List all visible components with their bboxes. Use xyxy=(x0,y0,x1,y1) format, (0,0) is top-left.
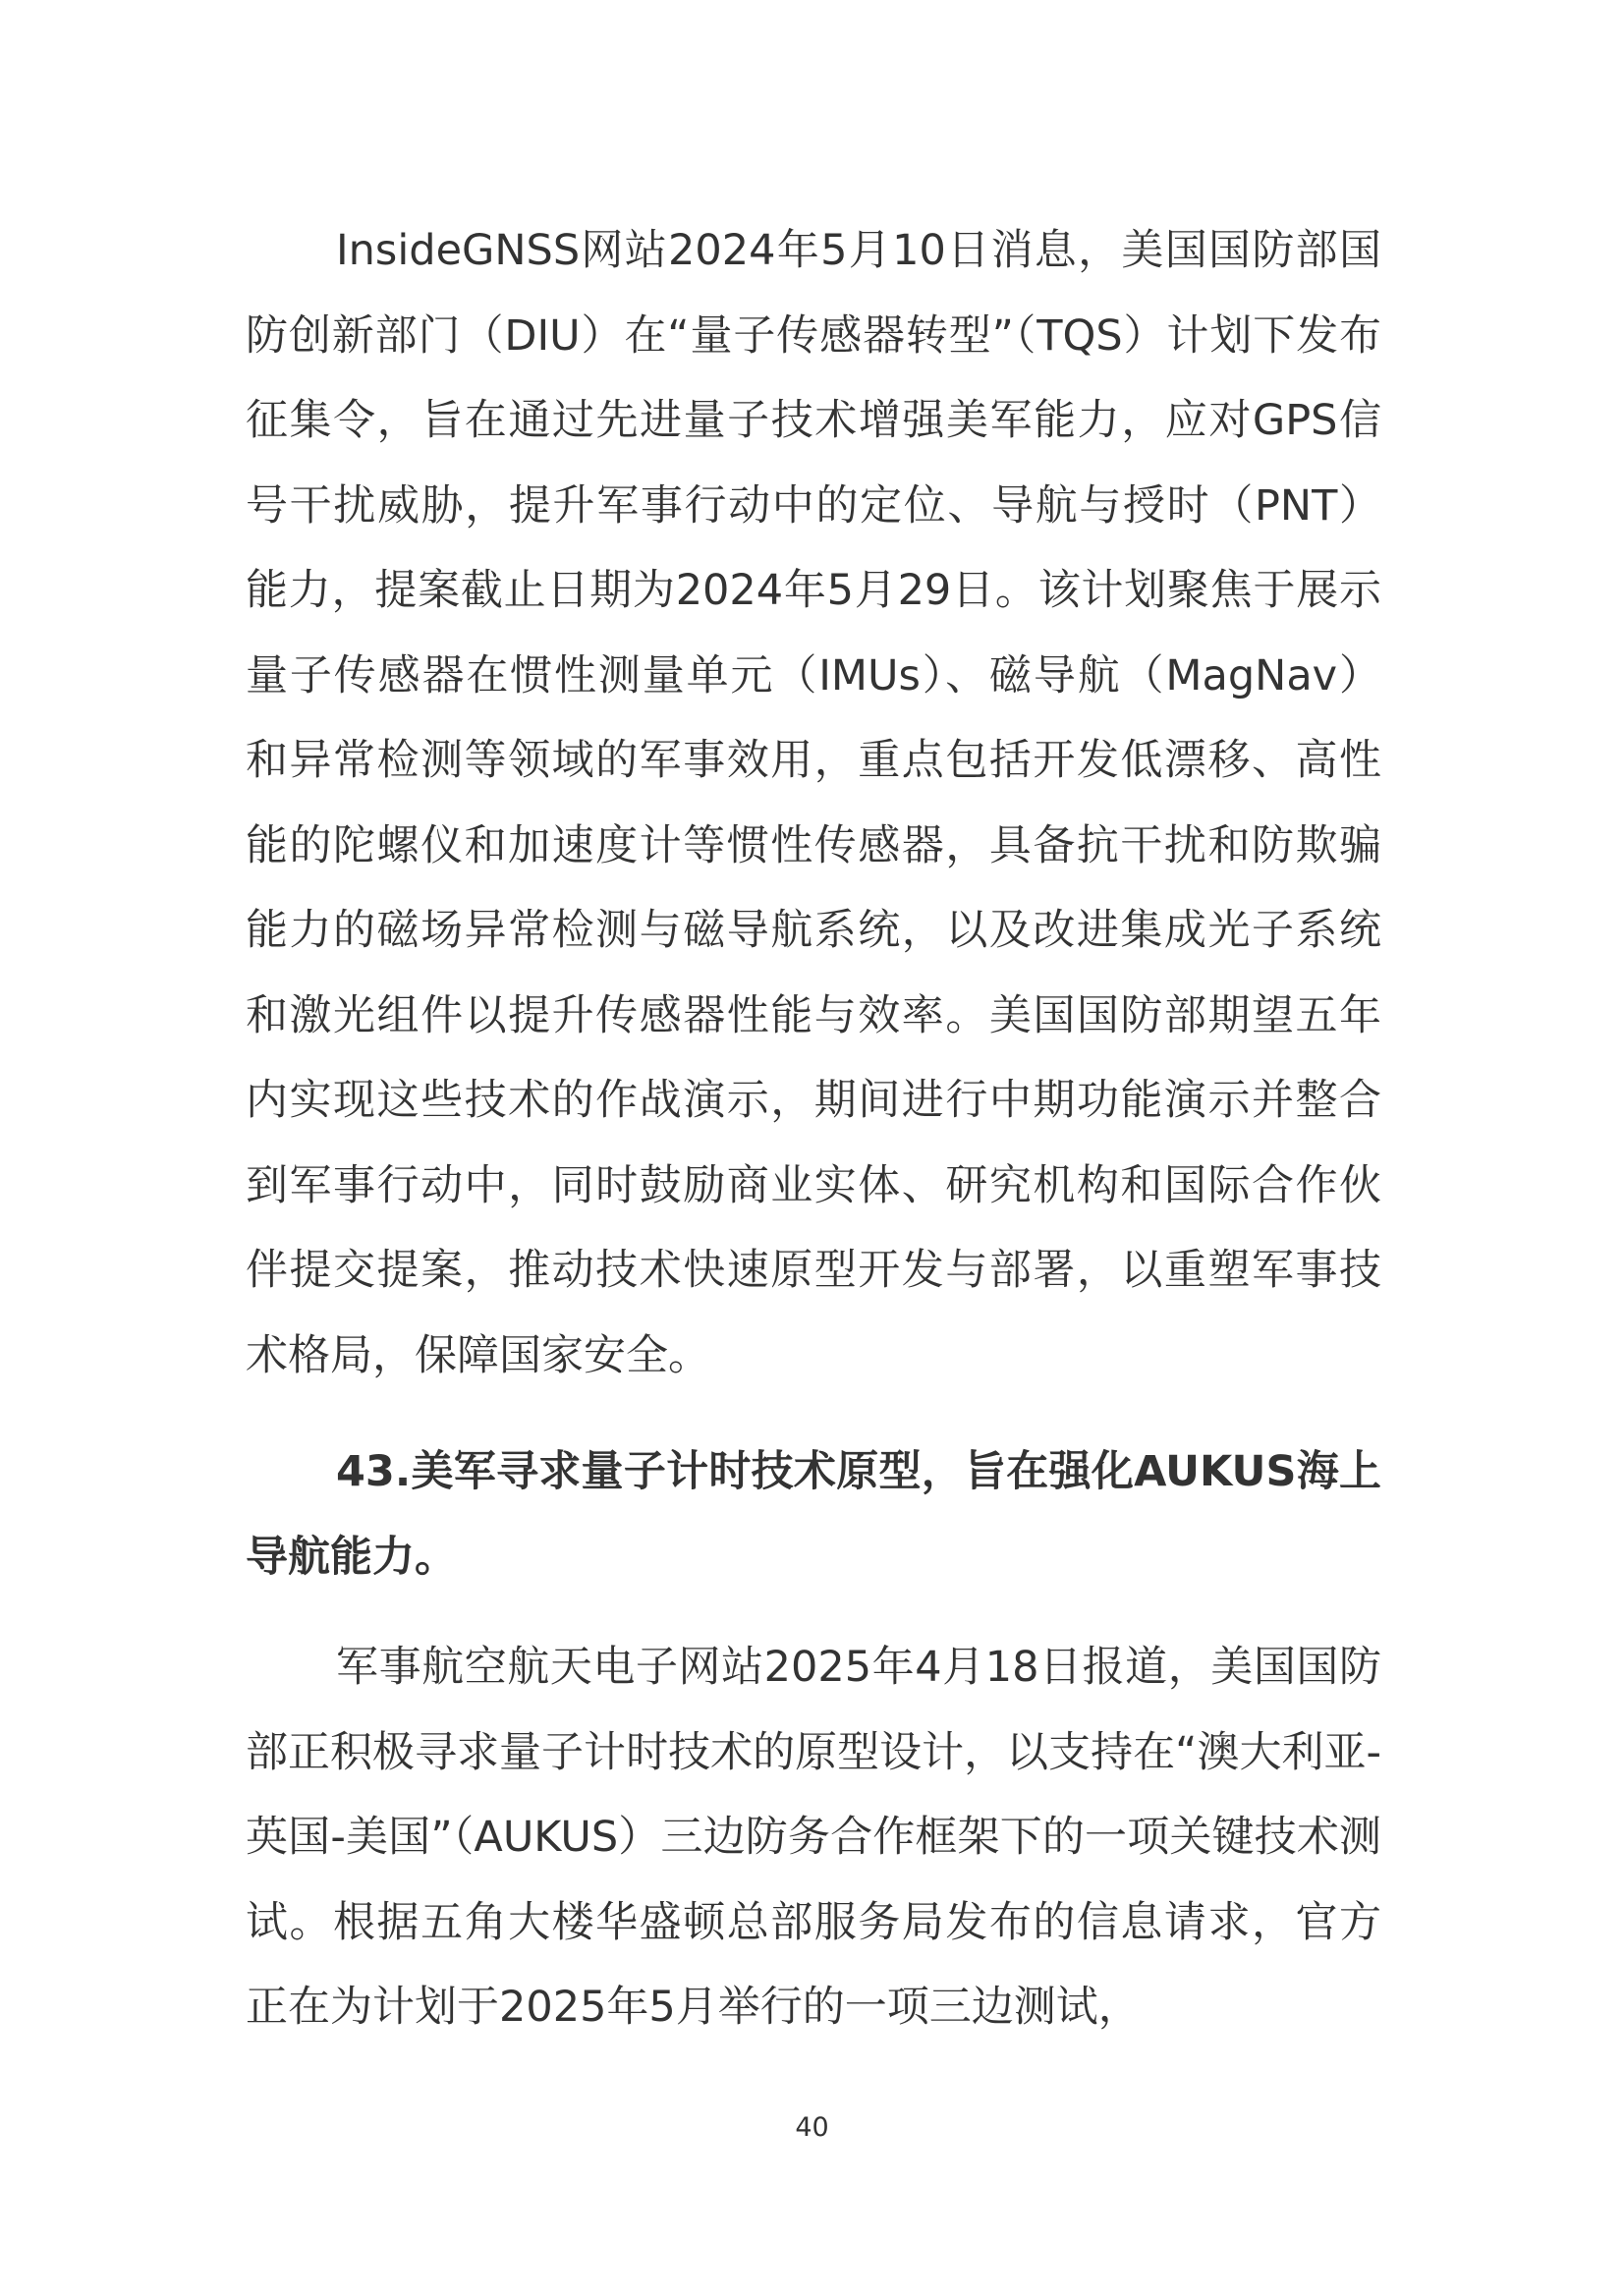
section-heading: 43.美军寻求量子计时技术原型，旨在强化AUKUS海上导航能力。 xyxy=(246,1429,1381,1599)
document-page: InsideGNSS网站2024年5月10日消息，美国国防部国防创新部门（DIU… xyxy=(246,208,1381,2050)
page-number: 40 xyxy=(0,2112,1624,2143)
body-paragraph: 军事航空航天电子网站2025年4月18日报道，美国国防部正积极寻求量子计时技术的… xyxy=(246,1625,1381,2050)
body-paragraph: InsideGNSS网站2024年5月10日消息，美国国防部国防创新部门（DIU… xyxy=(246,208,1381,1398)
